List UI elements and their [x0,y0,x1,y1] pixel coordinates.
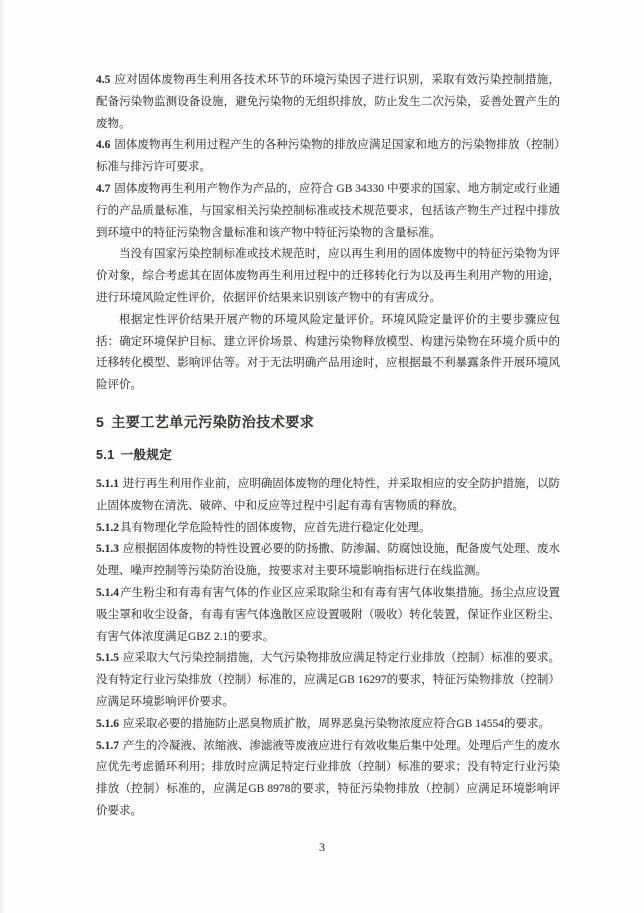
scanned-document-page: { "doc": { "text_color": "#3c3c3c", "bac… [0,0,644,913]
section-title: 一般规定 [121,448,173,462]
para-qualitative-evaluation: 当没有国家污染控制标准或技术规范时，应以再生利用的固体废物中的特征污染物为评价对… [96,244,560,309]
page-number: 3 [0,840,644,855]
clause-number: 5.1.5 [96,652,119,664]
clause-number: 5.1.7 [96,740,119,752]
clause-number: 5.1.3 [96,543,119,555]
clause-number: 5.1.2 [96,522,119,534]
clause-5-1-5: 5.1.5 应采取大气污染控制措施，大气污染物排放应满足特定行业排放（控制）标准… [96,648,560,713]
document-content: 4.5 应对固体废物再生利用各技术环节的环境污染因子进行识别，采取有效污染控制措… [96,70,560,823]
clause-text: 应采取必要的措施防止恶臭物质扩散，周界恶臭污染物浓度应符合GB 14554的要求… [120,718,550,730]
clause-4-5: 4.5 应对固体废物再生利用各技术环节的环境污染因子进行识别，采取有效污染控制措… [96,70,560,135]
clause-5-1-2: 5.1.2具有物理化学危险特性的固体废物，应首先进行稳定化处理。 [96,518,560,540]
clause-5-1-4: 5.1.4产生粉尘和有毒有害气体的作业区应采取除尘和有毒有害气体收集措施。扬尘点… [96,583,560,648]
clause-number: 5.1.1 [96,478,119,490]
clause-text: 应对固体废物再生利用各技术环节的环境污染因子进行识别，采取有效污染控制措施，配备… [96,74,560,130]
clause-text: 产生粉尘和有毒有害气体的作业区应采取除尘和有毒有害气体收集措施。扬尘点应设置吸尘… [96,587,560,643]
clause-number: 4.7 [96,183,110,195]
clause-number: 4.5 [96,74,110,86]
para-quantitative-evaluation: 根据定性评价结果开展产物的环境风险定量评价。环境风险定量评价的主要步骤应包括：确… [96,310,560,397]
clause-4-7: 4.7 固体废物再生利用产物作为产品的，应符合 GB 34330 中要求的国家、… [96,179,560,244]
clause-5-1-3: 5.1.3 应根据固体废物的特性设置必要的防扬撒、防渗漏、防腐蚀设施，配备废气处… [96,539,560,583]
clause-text: 产生的冷凝液、浓缩液、渗滤液等废液应进行有效收集后集中处理。处理后产生的废水应优… [96,740,560,817]
clause-text: 应采取大气污染控制措施，大气污染物排放应满足特定行业排放（控制）标准的要求。没有… [96,652,560,708]
clause-5-1-1: 5.1.1 进行再生利用作业前，应明确固体废物的理化特性，并采取相应的安全防护措… [96,474,560,518]
clause-text: 固体废物再生利用过程产生的各种污染物的排放应满足国家和地方的污染物排放（控制）标… [96,139,560,173]
clause-text: 进行再生利用作业前，应明确固体废物的理化特性，并采取相应的安全防护措施，以防止固… [96,478,560,512]
paragraph-text: 当没有国家污染控制标准或技术规范时，应以再生利用的固体废物中的特征污染物为评价对… [96,248,560,304]
clause-number: 5.1.6 [96,718,119,730]
clause-4-6: 4.6 固体废物再生利用过程产生的各种污染物的排放应满足国家和地方的污染物排放（… [96,135,560,179]
clause-text: 固体废物再生利用产物作为产品的，应符合 GB 34330 中要求的国家、地方制定… [96,183,560,239]
clause-number: 5.1.4 [96,587,119,599]
section-number: 5.1 [96,448,115,462]
section-5-1-heading: 5.1一般规定 [96,445,560,465]
clause-number: 4.6 [96,139,110,151]
section-5-heading: 5主要工艺单元污染防治技术要求 [96,410,560,434]
clause-5-1-7: 5.1.7 产生的冷凝液、浓缩液、渗滤液等废液应进行有效收集后集中处理。处理后产… [96,736,560,823]
paragraph-text: 根据定性评价结果开展产物的环境风险定量评价。环境风险定量评价的主要步骤应包括：确… [96,314,560,391]
section-number: 5 [96,414,104,430]
clause-5-1-6: 5.1.6 应采取必要的措施防止恶臭物质扩散，周界恶臭污染物浓度应符合GB 14… [96,714,560,736]
clause-text: 具有物理化学危险特性的固体废物，应首先进行稳定化处理。 [120,522,431,534]
clause-text: 应根据固体废物的特性设置必要的防扬撒、防渗漏、防腐蚀设施，配备废气处理、废水处理… [96,543,560,577]
section-title: 主要工艺单元污染防治技术要求 [111,414,314,430]
